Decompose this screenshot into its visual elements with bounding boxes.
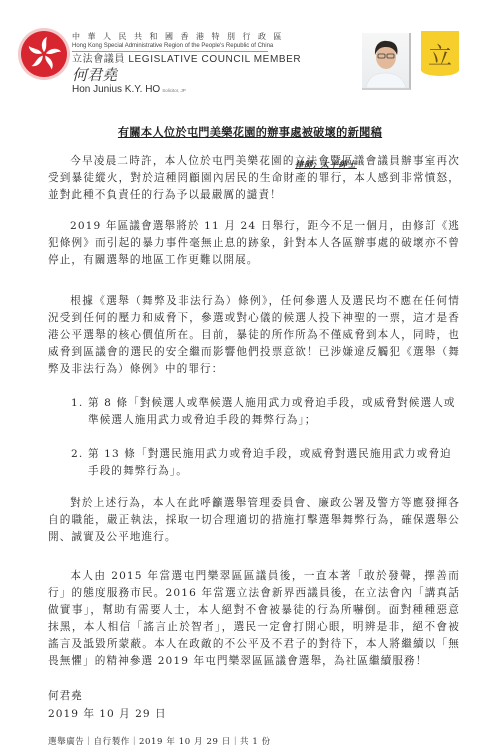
member-titles-en: Solicitor, JP (162, 88, 186, 93)
bauhinia-flower-icon (21, 31, 67, 77)
document-title: 有關本人位於屯門美樂花園的辦事處被破壞的新聞稿 (65, 124, 435, 140)
signature-name: 何君堯 (48, 688, 83, 703)
paragraph-3-text: 根據《選舉（舞弊及非法行為）條例》，任何參選人及選民均不應在任何情況受到任何的壓… (48, 295, 460, 375)
list-item-number: 2. (71, 446, 87, 463)
gov-name-cn: 中華人民共和國香港特別行政區 (72, 32, 352, 42)
member-name-en-text: Hon Junius K.Y. HO (72, 84, 160, 95)
list-item-text: 第 8 條「對候選人或準候選人施用武力或脅迫手段，或威脅對候選人或準候選人施用武… (71, 395, 459, 429)
member-name-cn: 何君堯律師, 太平紳士 (72, 67, 352, 84)
letterhead: 中華人民共和國香港特別行政區 Hong Kong Special Adminis… (0, 0, 497, 100)
legco-logo-icon: 立 (421, 31, 459, 71)
paragraph-2-text: 2019 年區議會選舉將於 11 月 24 日舉行，距今不足一個月，由修訂《逃犯… (48, 220, 460, 266)
legco-member-label: 立法會議員 LEGISLATIVE COUNCIL MEMBER (72, 53, 352, 67)
paragraph-1: 今早凌晨二時許，本人位於屯門美樂花園的立法會暨區議會議員辦事室再次受到暴徒縱火，… (48, 153, 460, 204)
list-item-text: 第 13 條「對選民施用武力或脅迫手段，或威脅對選民施用武力或脅迫手段的舞弊行為… (71, 446, 459, 480)
gov-name-en: Hong Kong Special Administrative Region … (72, 42, 268, 52)
member-name-en: Hon Junius K.Y. HOSolicitor, JP (72, 84, 352, 96)
list-item-number: 1. (71, 395, 87, 412)
letterhead-text: 中華人民共和國香港特別行政區 Hong Kong Special Adminis… (72, 32, 352, 96)
signature-date: 2019 年 10 月 29 日 (48, 706, 167, 721)
paragraph-5-text: 本人由 2015 年當選屯門樂翠區區議員後，一直本著「敢於發聲，擇善而行」的態度… (48, 570, 460, 667)
legco-logo-glyph: 立 (421, 36, 459, 71)
paragraph-1-text: 今早凌晨二時許，本人位於屯門美樂花園的立法會暨區議會議員辦事室再次受到暴徒縱火，… (48, 155, 460, 201)
member-portrait-photo (362, 33, 411, 90)
list-item: 2. 第 13 條「對選民施用武力或脅迫手段，或威脅對選民施用武力或脅迫手段的舞… (71, 446, 459, 480)
paragraph-5: 本人由 2015 年當選屯門樂翠區區議員後，一直本著「敢於發聲，擇善而行」的態度… (48, 568, 460, 670)
paragraph-4-text: 對於上述行為，本人在此呼籲選舉管理委員會、廉政公署及警方等應發揮各自的職能，嚴正… (48, 497, 460, 543)
member-name-cn-text: 何君堯 (72, 66, 117, 84)
hksar-emblem-icon (21, 31, 67, 77)
paragraph-3: 根據《選舉（舞弊及非法行為）條例》，任何參選人及選民均不應在任何情況受到任何的壓… (48, 293, 460, 378)
election-ad-footer: 選舉廣告｜自行製作｜2019 年 10 月 29 日｜共 1 份 (48, 735, 271, 747)
paragraph-2: 2019 年區議會選舉將於 11 月 24 日舉行，距今不足一個月，由修訂《逃犯… (48, 218, 460, 269)
paragraph-4: 對於上述行為，本人在此呼籲選舉管理委員會、廉政公署及警方等應發揮各自的職能，嚴正… (48, 495, 460, 546)
person-portrait-icon (362, 33, 409, 88)
list-item: 1. 第 8 條「對候選人或準候選人施用武力或脅迫手段，或威脅對候選人或準候選人… (71, 395, 459, 429)
